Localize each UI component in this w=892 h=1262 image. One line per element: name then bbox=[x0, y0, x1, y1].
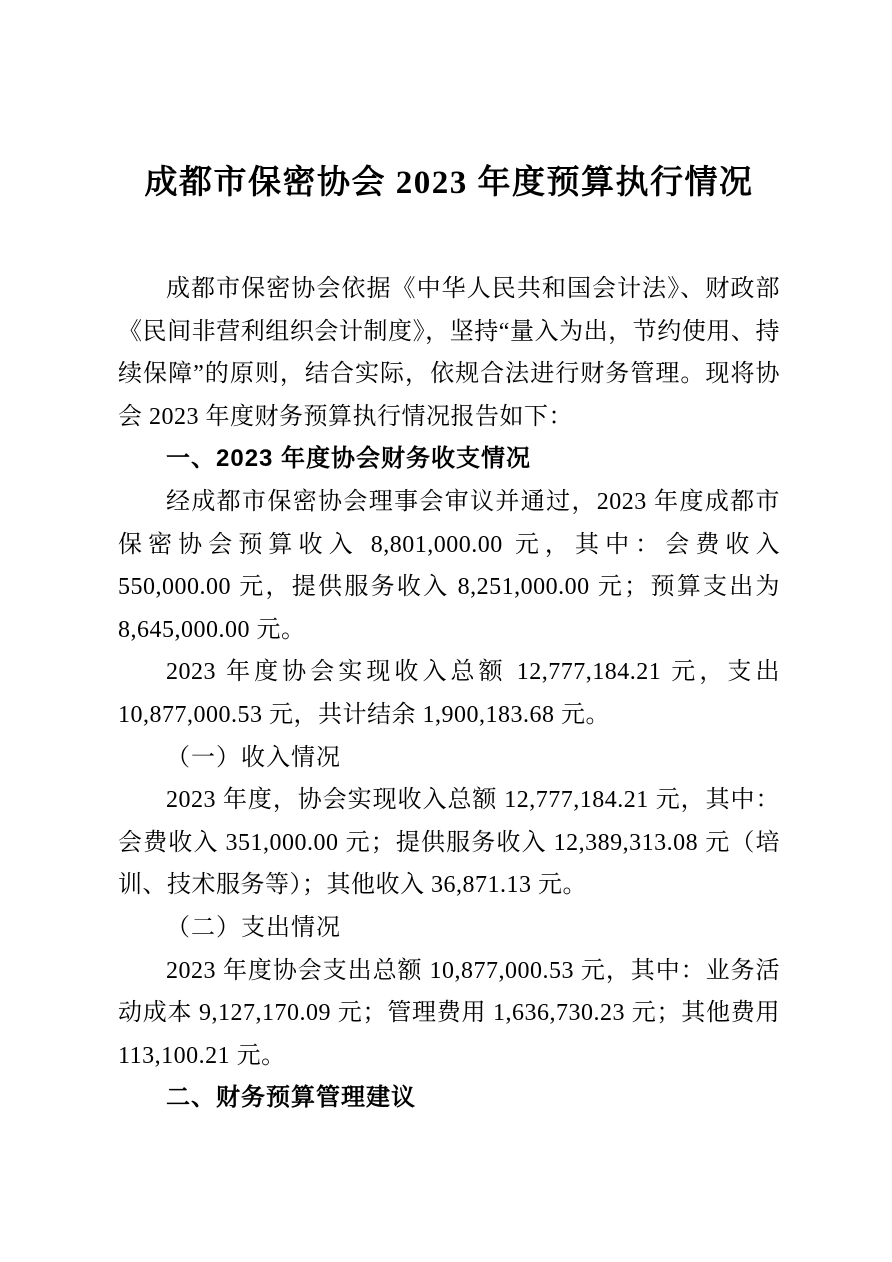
section-2-heading: 二、财务预算管理建议 bbox=[118, 1077, 780, 1120]
intro-paragraph: 成都市保密协会依据《中华人民共和国会计法》、财政部《民间非营利组织会计制度》，坚… bbox=[118, 268, 780, 438]
actual-totals-paragraph: 2023 年度协会实现收入总额 12,777,184.21 元，支出 10,87… bbox=[118, 651, 780, 736]
income-subheading: （一）收入情况 bbox=[118, 737, 780, 780]
section-1-heading: 一、2023 年度协会财务收支情况 bbox=[118, 438, 780, 481]
income-detail-paragraph: 2023 年度，协会实现收入总额 12,777,184.21 元，其中：会费收入… bbox=[118, 779, 780, 907]
expense-detail-paragraph: 2023 年度协会支出总额 10,877,000.53 元，其中：业务活动成本 … bbox=[118, 950, 780, 1078]
document-page: 成都市保密协会 2023 年度预算执行情况 成都市保密协会依据《中华人民共和国会… bbox=[0, 0, 892, 1262]
expense-subheading: （二）支出情况 bbox=[118, 907, 780, 950]
document-body: 成都市保密协会依据《中华人民共和国会计法》、财政部《民间非营利组织会计制度》，坚… bbox=[118, 268, 780, 1120]
document-title: 成都市保密协会 2023 年度预算执行情况 bbox=[118, 158, 780, 208]
budget-approval-paragraph: 经成都市保密协会理事会审议并通过，2023 年度成都市保密协会预算收入 8,80… bbox=[118, 481, 780, 651]
